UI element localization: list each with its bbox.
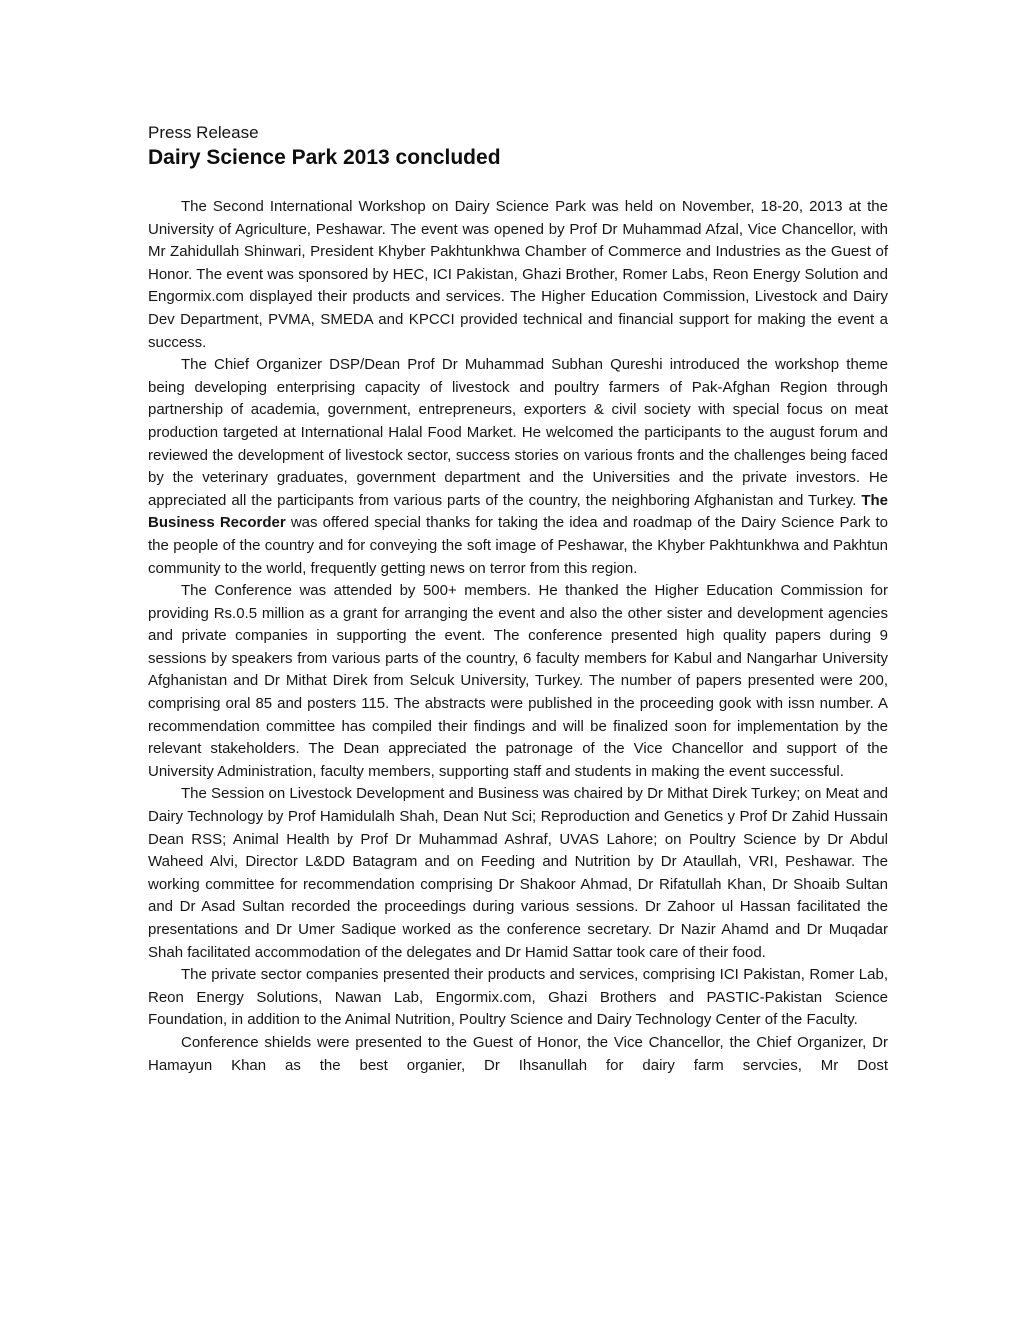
- paragraph-sessions: The Session on Livestock Development and…: [148, 783, 888, 964]
- kicker-press-release: Press Release: [148, 122, 888, 143]
- paragraph-private-sector: The private sector companies presented t…: [148, 964, 888, 1032]
- document-page: Press Release Dairy Science Park 2013 co…: [0, 0, 1020, 1320]
- paragraph-conference-attendance: The Conference was attended by 500+ memb…: [148, 580, 888, 783]
- paragraph-conference-shields: Conference shields were presented to the…: [148, 1032, 888, 1077]
- paragraph-workshop-overview: The Second International Workshop on Dai…: [148, 196, 888, 354]
- page-title: Dairy Science Park 2013 concluded: [148, 143, 888, 172]
- paragraph-chief-organizer-text: The Chief Organizer DSP/Dean Prof Dr Muh…: [148, 356, 888, 509]
- paragraph-chief-organizer: The Chief Organizer DSP/Dean Prof Dr Muh…: [148, 354, 888, 580]
